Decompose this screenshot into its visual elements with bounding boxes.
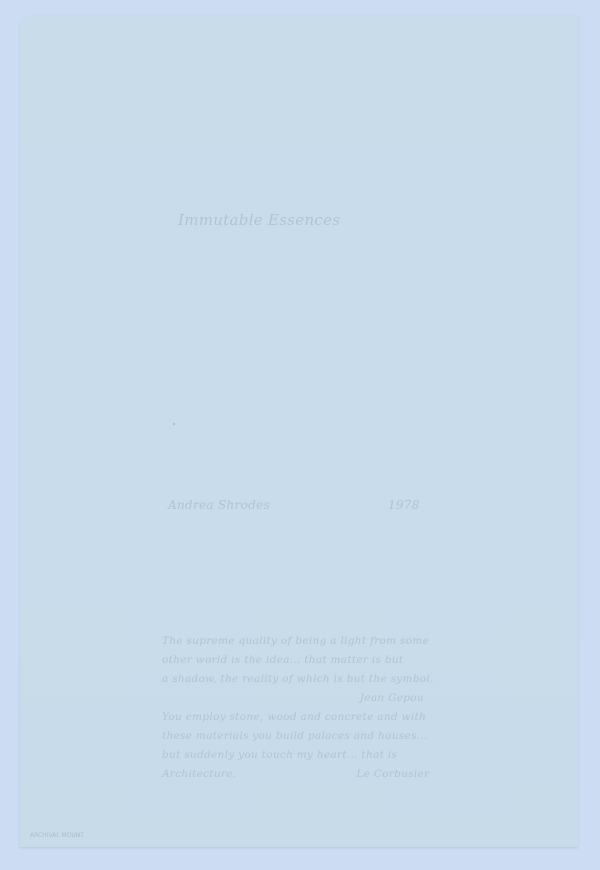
quote-line: other world is the idea... that matter i… — [162, 651, 434, 670]
quote-line: You employ stone, wood and concrete and … — [162, 708, 434, 727]
year: 1978 — [388, 498, 420, 512]
quote-line: these materials you build palaces and ho… — [162, 727, 434, 746]
quote-attribution: Jean Gepou — [162, 689, 424, 708]
corner-label: ARCHIVAL MOUNT — [30, 832, 84, 839]
quote-line: Architecture.Le Corbusier — [162, 765, 434, 784]
quote-line: but suddenly you touch my heart... that … — [162, 746, 434, 765]
quote-block: The supreme quality of being a light fro… — [162, 632, 434, 784]
quote-line: a shadow, the reality of which is but th… — [162, 670, 434, 689]
pencil-mark — [173, 423, 175, 425]
author-name: Andrea Shrodes — [168, 498, 270, 512]
paper-sheet: Immutable Essences Andrea Shrodes 1978 T… — [20, 15, 578, 847]
quote-signature: Le Corbusier — [356, 768, 429, 780]
quote-line: The supreme quality of being a light fro… — [162, 632, 434, 651]
document-title: Immutable Essences — [178, 211, 340, 229]
